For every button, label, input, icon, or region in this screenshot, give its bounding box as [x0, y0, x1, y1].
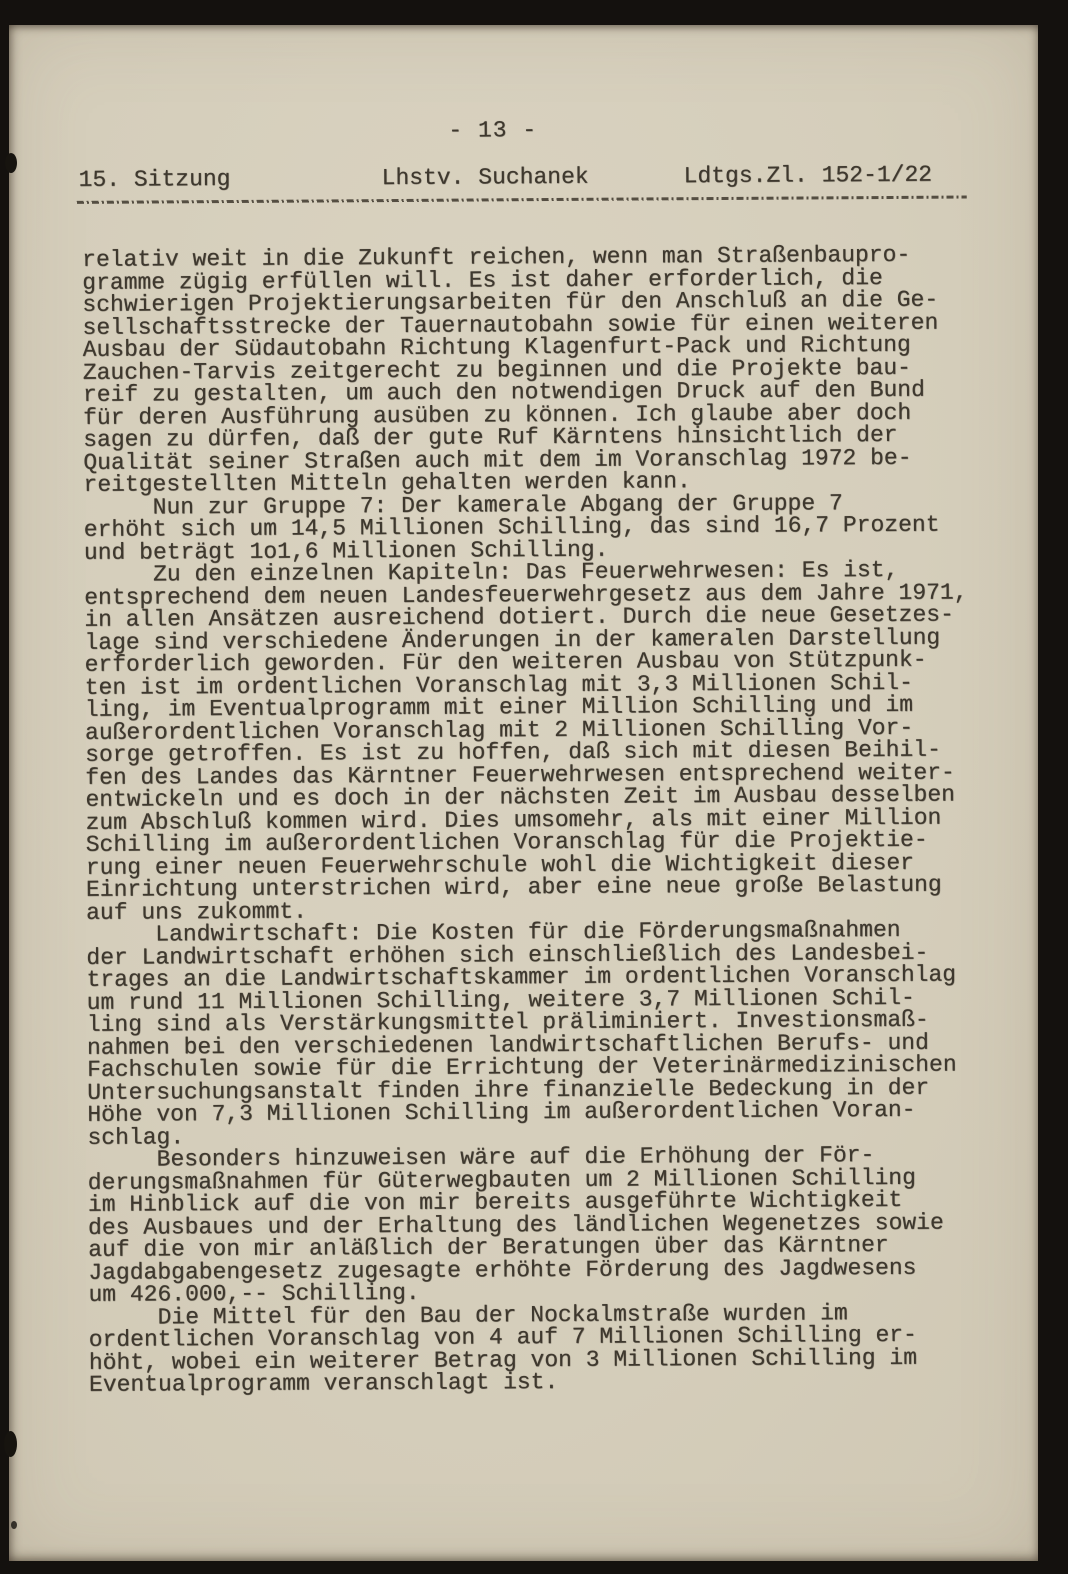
scan-smudge-mark	[11, 1521, 17, 1529]
scan-smudge-mark	[4, 1431, 17, 1457]
header-speaker-label: Lhstv. Suchanek	[382, 164, 589, 191]
header-reference-number: Ldtgs.Zl. 152-1/22	[684, 162, 933, 190]
document-body-text: relativ weit in die Zukunft reichen, wen…	[82, 244, 972, 1397]
typed-content: - 13 - 15. Sitzung Lhstv. Suchanek Ldtgs…	[2, 19, 1040, 1561]
document-page: - 13 - 15. Sitzung Lhstv. Suchanek Ldtgs…	[9, 25, 1038, 1561]
page-number: - 13 -	[448, 117, 537, 144]
scan-smudge-mark	[5, 153, 17, 173]
scan-background: { "colors": { "paper": "#d5cebb", "ink":…	[0, 0, 1068, 1574]
header-session-label: 15. Sitzung	[79, 166, 231, 193]
header-divider-rule	[77, 195, 967, 203]
